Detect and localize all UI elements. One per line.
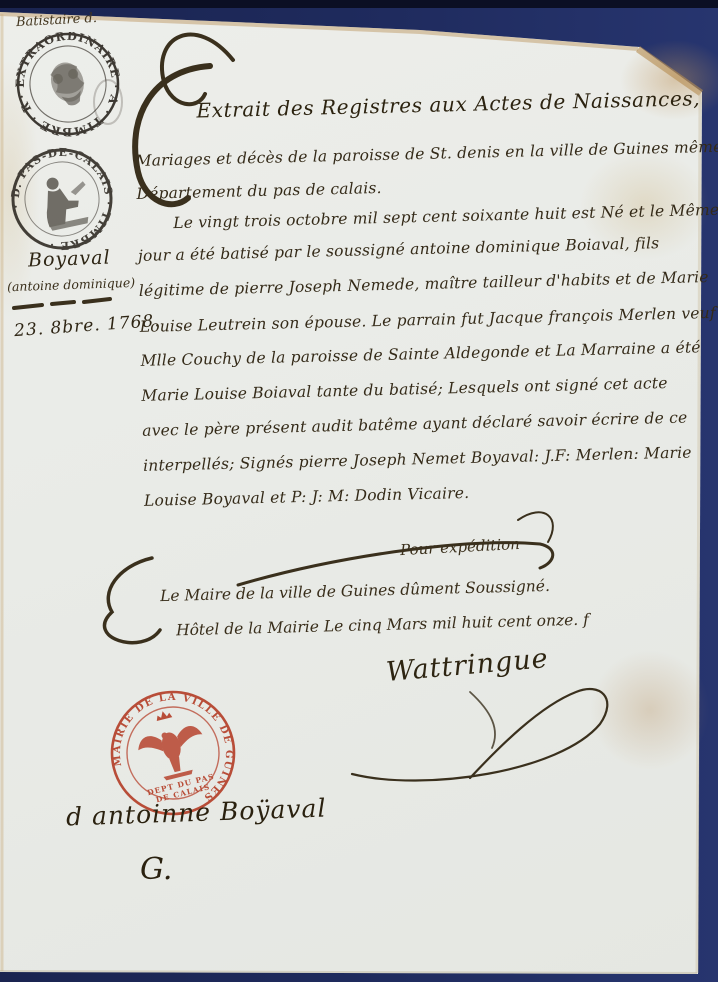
tax-stamp-extraordinaire-icon: · EXTRAORDINAIRE · A · TIMBRE · R · A · bbox=[10, 32, 126, 138]
scanned-document: Batistaire d. · EXTRAORDINAIRE · A · TIM… bbox=[0, 0, 718, 982]
coat-of-arms-icon bbox=[46, 58, 90, 110]
scan-top-edge bbox=[0, 0, 718, 8]
bottom-initial-annotation: G. bbox=[140, 852, 172, 887]
margin-surname: Boyaval bbox=[28, 247, 111, 272]
seated-figure-icon bbox=[39, 171, 94, 231]
crown-icon bbox=[155, 709, 172, 721]
tax-stamp-pas-de-calais-icon: · D. PAS-DE-CALAIS · TIMBRE · bbox=[6, 144, 118, 254]
